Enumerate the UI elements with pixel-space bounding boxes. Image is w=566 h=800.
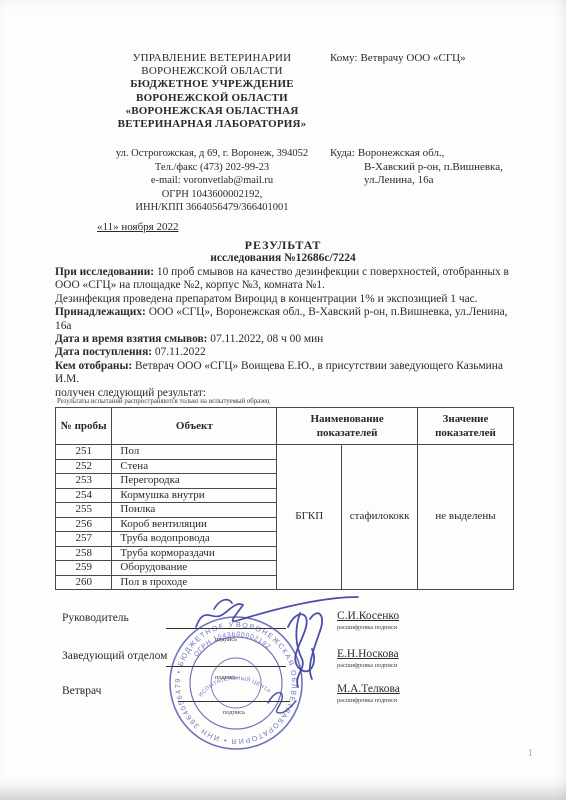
header-value: Значение показателей: [417, 408, 513, 445]
sample-object: Короб вентиляции: [112, 517, 277, 532]
sample-no: 255: [56, 503, 112, 518]
signature-name: С.И.Косенко: [337, 610, 399, 622]
paragraph-label: Дата и время взятия смывов:: [55, 333, 207, 345]
paragraph-text: 07.11.2022: [152, 346, 206, 358]
signature-name: М.А.Телкова: [337, 683, 400, 695]
indicator-bgkp: БГКП: [277, 445, 342, 590]
paragraph: Дезинфекция проведена препаратом Вироцид…: [55, 293, 519, 306]
results-disclaimer: Результаты испытаний распространяются то…: [57, 398, 269, 405]
paragraph-text: получен следующий результат:: [55, 387, 206, 399]
recipient-address-line: ул.Ленина, 16а: [364, 174, 550, 188]
letterhead-contacts: ул. Острогожская, д 69, г. Воронеж, 3940…: [84, 147, 340, 215]
sample-object: Труба кормораздачи: [112, 546, 277, 561]
signature-role: Ветврач: [62, 685, 101, 697]
org-line: БЮДЖЕТНОЕ УЧРЕЖДЕНИЕ: [84, 78, 340, 91]
paragraph: Дата поступления: 07.11.2022: [55, 346, 519, 359]
paragraph: Дата и время взятия смывов: 07.11.2022, …: [55, 333, 519, 346]
signature-name-caption: расшифровка подписи: [337, 624, 397, 631]
org-line: ВОРОНЕЖСКОЙ ОБЛАСТИ: [84, 65, 340, 78]
signature-line: подпись: [166, 608, 286, 629]
sample-object: Перегородка: [112, 474, 277, 489]
sample-no: 258: [56, 546, 112, 561]
org-line: УПРАВЛЕНИЕ ВЕТЕРИНАРИИ: [84, 52, 340, 65]
sample-no: 256: [56, 517, 112, 532]
result-value: не выделены: [417, 445, 513, 590]
signature-name-caption: расшифровка подписи: [337, 697, 397, 704]
paragraph: Кем отобраны: Ветврач ООО «СГЦ» Воищева …: [55, 360, 519, 387]
header-sample-no: № пробы: [56, 408, 112, 445]
recipient-address-line: В-Хавский р-он, п.Вишневка,: [364, 161, 550, 175]
results-table: № пробы Объект Наименование показателей …: [55, 407, 514, 590]
result-title: РЕЗУЛЬТАТ: [0, 238, 566, 253]
contact-line: Тел./факс (473) 202-99-23: [84, 161, 340, 175]
paragraph-label: Принадлежащих:: [55, 306, 146, 318]
contact-line: ул. Острогожская, д 69, г. Воронеж, 3940…: [84, 147, 340, 161]
sample-no: 253: [56, 474, 112, 489]
recipient-address-label: Куда:: [330, 147, 355, 159]
sample-no: 260: [56, 575, 112, 590]
recipient-to-value: Ветврачу ООО «СГЦ»: [360, 52, 465, 64]
recipient-to-label: Кому:: [330, 52, 357, 64]
paragraph-label: Кем отобраны:: [55, 360, 132, 372]
recipient-address-line: Воронежская обл.,: [358, 147, 445, 159]
sample-object: Труба водопровода: [112, 532, 277, 547]
paragraph-text: 07.11.2022, 08 ч 00 мин: [207, 333, 323, 345]
sample-object: Оборудование: [112, 561, 277, 576]
result-body: При исследовании: 10 проб смывов на каче…: [55, 266, 519, 400]
signature-role: Руководитель: [62, 612, 129, 624]
signature-line: подпись: [178, 681, 290, 702]
signature-line-caption: подпись: [215, 636, 237, 643]
document-date: «11» ноября 2022: [97, 221, 179, 233]
document-page: УПРАВЛЕНИЕ ВЕТЕРИНАРИИ ВОРОНЕЖСКОЙ ОБЛАС…: [0, 0, 566, 800]
contact-line: ОГРН 1043600002192,: [84, 188, 340, 202]
sample-object: Стена: [112, 459, 277, 474]
recipient-to: Кому:Ветврачу ООО «СГЦ»: [330, 52, 550, 66]
signature-row-vet: Ветврач подпись М.А.Телкова расшифровка …: [0, 681, 566, 719]
letterhead-org: УПРАВЛЕНИЕ ВЕТЕРИНАРИИ ВОРОНЕЖСКОЙ ОБЛАС…: [84, 52, 340, 131]
sample-object: Кормушка внутри: [112, 488, 277, 503]
header-object: Объект: [112, 408, 277, 445]
signature-role: Заведующий отделом: [62, 650, 167, 662]
sample-no: 252: [56, 459, 112, 474]
table-header-row: № пробы Объект Наименование показателей …: [56, 408, 514, 445]
sample-object: Поилка: [112, 503, 277, 518]
header-indicator: Наименование показателей: [277, 408, 418, 445]
signature-name-caption: расшифровка подписи: [337, 662, 397, 669]
sample-no: 259: [56, 561, 112, 576]
signature-row-head-of-department: Заведующий отделом подпись Е.Н.Носкова р…: [0, 646, 566, 684]
paragraph-label: При исследовании:: [55, 266, 154, 278]
table-row: 251 Пол БГКП стафилококк не выделены: [56, 445, 514, 460]
org-line: ВОРОНЕЖСКОЙ ОБЛАСТИ: [84, 92, 340, 105]
indicator-staph: стафилококк: [342, 445, 418, 590]
result-subtitle: исследования №12686с/7224: [0, 252, 566, 264]
paragraph-label: Дата поступления:: [55, 346, 152, 358]
sample-no: 251: [56, 445, 112, 460]
contact-line: ИНН/КПП 3664056479/366401001: [84, 201, 340, 215]
org-line: ВЕТЕРИНАРНАЯ ЛАБОРАТОРИЯ»: [84, 118, 340, 131]
recipient-address: Куда:Воронежская обл., В-Хавский р-он, п…: [330, 147, 550, 188]
signature-line: подпись: [166, 646, 286, 667]
signature-name: Е.Н.Носкова: [337, 648, 399, 660]
signature-line-caption: подпись: [223, 709, 245, 716]
sample-no: 257: [56, 532, 112, 547]
signature-line-caption: подпись: [215, 674, 237, 681]
page-number: 1: [528, 748, 533, 759]
paragraph-text: Дезинфекция проведена препаратом Вироцид…: [55, 293, 478, 305]
org-line: «ВОРОНЕЖСКАЯ ОБЛАСТНАЯ: [84, 105, 340, 118]
sample-object: Пол в проходе: [112, 575, 277, 590]
paragraph: Принадлежащих: ООО «СГЦ», Воронежская об…: [55, 306, 519, 333]
signature-row-director: Руководитель подпись С.И.Косенко расшифр…: [0, 608, 566, 646]
sample-no: 254: [56, 488, 112, 503]
sample-object: Пол: [112, 445, 277, 460]
paragraph: При исследовании: 10 проб смывов на каче…: [55, 266, 519, 293]
contact-line: e-mail: voronvetlab@mail.ru: [84, 174, 340, 188]
